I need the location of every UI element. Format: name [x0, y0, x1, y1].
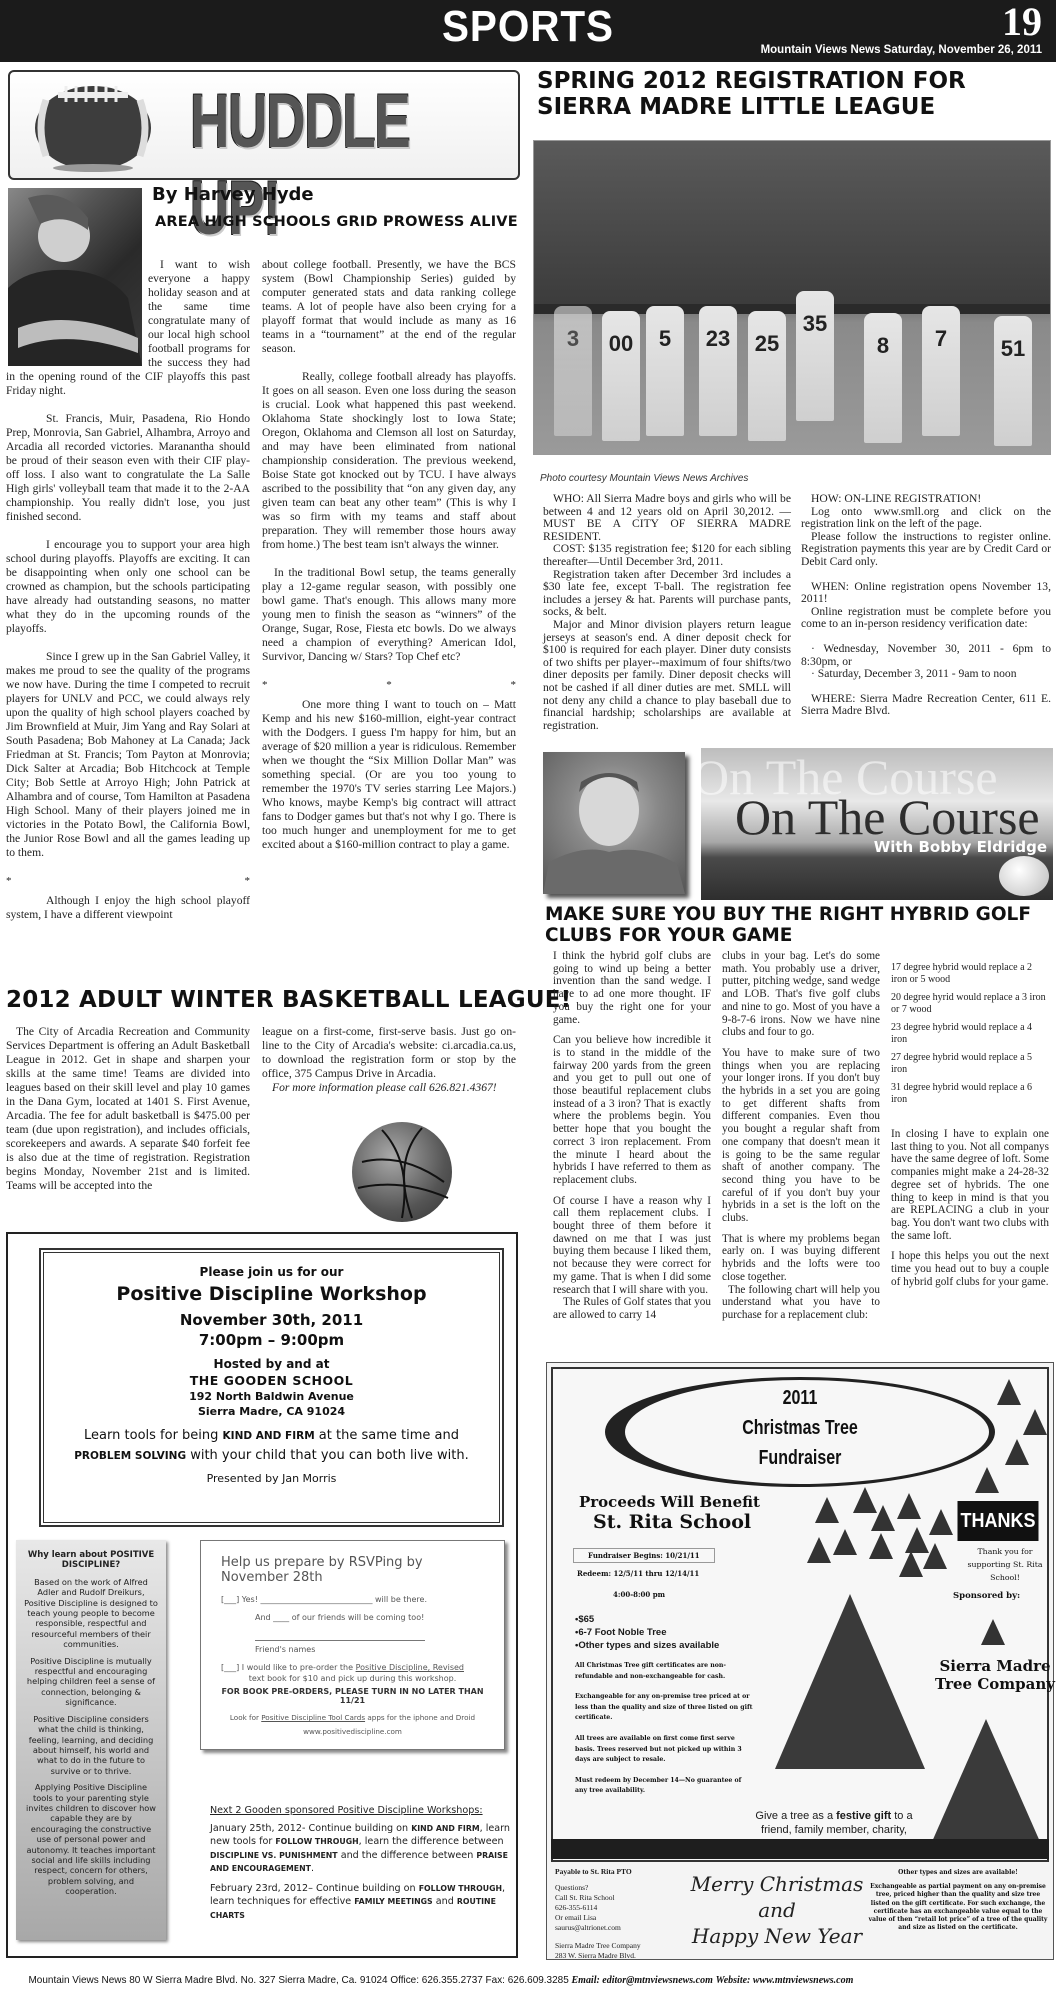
- rsvp-yes-checkbox[interactable]: [___] Yes! ____________________________ …: [221, 1595, 484, 1604]
- author-photo-bobby-eldridge: [543, 752, 685, 894]
- golf-hybrid-chart: 17 degree hybrid would replace a 2 iron …: [891, 962, 1049, 1112]
- basketball-column-2: league on a first-come, first-serve basi…: [262, 1025, 516, 1095]
- christmas-tree-fundraiser-ad: 2011 Christmas Tree Fundraiser Proceeds …: [546, 1362, 1054, 1960]
- preorder-checkbox[interactable]: [___] I would like to pre-order the Posi…: [221, 1663, 484, 1672]
- little-league-team-photo: 3 00 5 23 25 35 8 7 51: [533, 140, 1051, 455]
- masthead: SPORTS 19 Mountain Views News Saturday, …: [0, 0, 1056, 62]
- tree-icon: [1023, 1409, 1047, 1435]
- tree-icon: [975, 1467, 999, 1493]
- chart-item: 23 degree hybrid would replace a 4 iron: [891, 1022, 1049, 1045]
- footer-website[interactable]: Website: www.mtnviewsnews.com: [716, 1975, 854, 1986]
- page-number: 19: [1002, 0, 1042, 45]
- workshop-time: 7:00pm – 9:00pm: [44, 1331, 499, 1349]
- football-icon: [28, 80, 158, 172]
- tree-icon: [897, 1493, 921, 1519]
- basketball-contact: For more information please call 626.821…: [262, 1081, 516, 1095]
- basketball-image: [352, 1122, 452, 1222]
- workshop-title: Positive Discipline Workshop: [44, 1283, 499, 1305]
- next-workshops: Next 2 Gooden sponsored Positive Discipl…: [210, 1804, 510, 1928]
- divider-bar: [551, 1839, 1049, 1859]
- tree-icon: [981, 1619, 1005, 1645]
- golf-ball-icon: [999, 856, 1049, 896]
- huddle-column-2: about college football. Presently, we ha…: [262, 258, 516, 866]
- article-headline-grid-prowess: AREA HIGH SCHOOLS GRID PROWESS ALIVE: [155, 214, 518, 230]
- tree-icon: [833, 1529, 857, 1555]
- positive-discipline-flyer: Please join us for our Positive Discipli…: [6, 1232, 518, 1958]
- sponsor-name: Sierra Madre Tree Company: [935, 1657, 1055, 1693]
- chart-item: 17 degree hybrid would replace a 2 iron …: [891, 962, 1049, 985]
- presenter: Presented by Jan Morris: [44, 1472, 499, 1485]
- host-school: THE GOODEN SCHOOL: [44, 1373, 499, 1388]
- holiday-greeting: Merry Christmas and Happy New Year: [687, 1871, 867, 1949]
- tree-icon: [815, 1497, 839, 1523]
- tree-icon: [929, 1509, 953, 1535]
- golf-column-1: I think the hybrid golf clubs are going …: [553, 950, 711, 1322]
- rsvp-title: Help us prepare by RSVPing by November 2…: [221, 1555, 484, 1585]
- basketball-headline: 2012 ADULT WINTER BASKETBALL LEAGUE!: [6, 987, 571, 1013]
- dateline: Mountain Views News Saturday, November 2…: [761, 44, 1042, 56]
- rsvp-form: Help us prepare by RSVPing by November 2…: [200, 1540, 505, 1750]
- section-separator: **: [6, 874, 250, 888]
- photo-caption: Photo courtesy Mountain Views News Archi…: [540, 473, 748, 484]
- chart-item: 20 degree hyrid would replace a 3 iron o…: [891, 992, 1049, 1015]
- basketball-column-1: The City of Arcadia Recreation and Commu…: [6, 1025, 250, 1193]
- price-list: •$65 •6-7 Foot Noble Tree •Other types a…: [575, 1613, 719, 1652]
- tool-cards-link[interactable]: Positive Discipline Tool Cards: [261, 1713, 365, 1722]
- chart-item: 27 degree hybrid would replace a 5 iron: [891, 1052, 1049, 1075]
- byline: By Harvey Hyde: [152, 184, 314, 205]
- tree-icon: [807, 1537, 831, 1563]
- workshop-invitation: Please join us for our Positive Discipli…: [40, 1249, 503, 1526]
- tree-icon: [871, 1505, 895, 1531]
- column-author: With Bobby Eldridge: [874, 838, 1047, 856]
- tree-icon: [869, 1533, 893, 1559]
- footer-email[interactable]: Email: editor@mtnviewsnews.com: [572, 1975, 713, 1986]
- rsvp-friends-count[interactable]: And ____ of our friends will be coming t…: [221, 1613, 484, 1622]
- beneficiary: St. Rita School: [593, 1511, 751, 1533]
- little-league-headline: SPRING 2012 REGISTRATION FOR SIERRA MADR…: [537, 68, 966, 120]
- tree-icon: [1005, 1439, 1029, 1465]
- workshop-date: November 30th, 2011: [44, 1311, 499, 1329]
- basketball-icon: [352, 1122, 452, 1222]
- golf-column-2: clubs in your bag. Let's do some math. Y…: [722, 950, 880, 1322]
- terms: All Christmas Tree gift certificates are…: [575, 1661, 755, 1797]
- on-the-course-banner: On The Course On The Course With Bobby E…: [701, 748, 1053, 900]
- email-link[interactable]: saurus@altrionet.com: [555, 1923, 641, 1933]
- website-link[interactable]: www.positivediscipline.com: [221, 1727, 484, 1736]
- tree-icon: [997, 1379, 1021, 1405]
- tree-icon: [899, 1551, 923, 1577]
- friend-names-field[interactable]: [255, 1631, 425, 1641]
- exchange-policy: Other types and sizes are available! Exc…: [867, 1869, 1049, 1932]
- little-league-column-2: HOW: ON-LINE REGISTRATION! Log onto www.…: [801, 493, 1051, 718]
- little-league-column-1: WHO: All Sierra Madre boys and girls who…: [543, 493, 791, 732]
- chart-item: 31 degree hybrid would replace a 6 iron: [891, 1082, 1049, 1105]
- thanks-banner: THANKS: [958, 1501, 1039, 1541]
- tree-icon: [923, 1543, 947, 1569]
- huddle-column-1: I want to wish everyone a happy holiday …: [6, 258, 250, 922]
- why-positive-discipline-box: Why learn about POSITIVE DISCIPLINE? Bas…: [16, 1540, 166, 1940]
- fundraiser-title: 2011 Christmas Tree Fundraiser: [644, 1383, 956, 1473]
- tree-icon: [931, 1719, 1041, 1844]
- page-footer: Mountain Views News 80 W Sierra Madre Bl…: [0, 1970, 1003, 1990]
- golf-headline: MAKE SURE YOU BUY THE RIGHT HYBRID GOLF …: [545, 904, 1031, 946]
- person-silhouette-icon: [543, 752, 685, 894]
- huddle-up-banner: HUDDLE UP!: [8, 70, 520, 180]
- contact-info: Payable to St. Rita PTO Questions? Call …: [555, 1867, 641, 1961]
- section-separator: ***: [262, 678, 516, 692]
- golf-column-3: In closing I have to explain one last th…: [891, 1128, 1049, 1288]
- large-tree-icon: [775, 1594, 925, 1769]
